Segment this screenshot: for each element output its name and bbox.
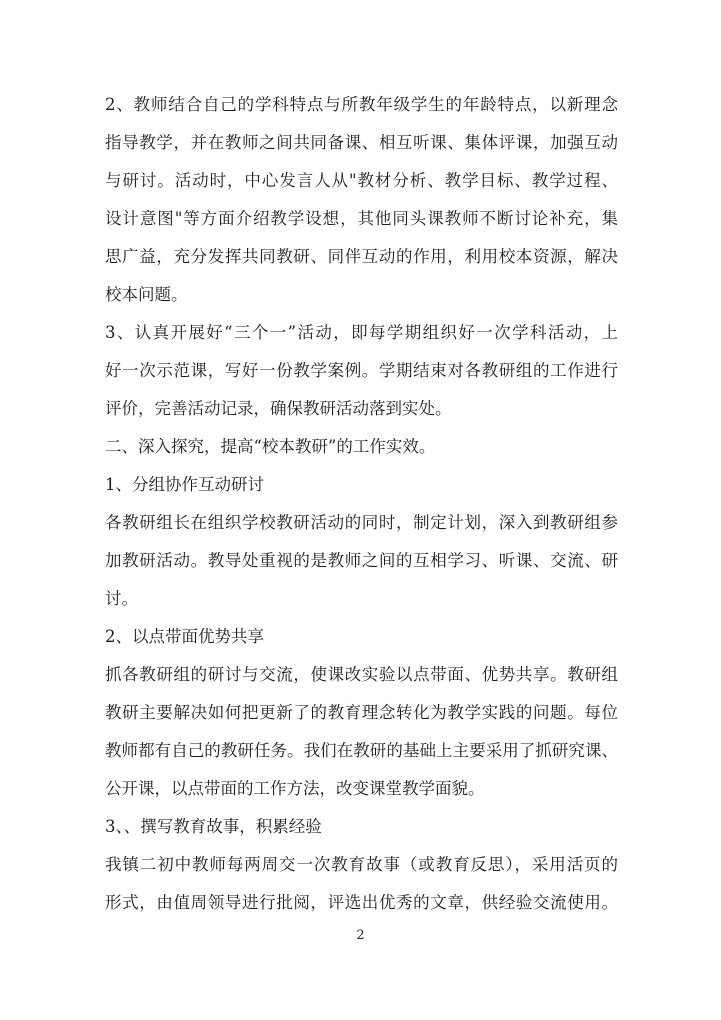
text-line: 2、教师结合自己的学科特点与所教年级学生的年龄特点，以新理念 [105, 86, 618, 124]
text-line: 2、以点带面优势共享 [105, 618, 618, 656]
text-line: 各教研组长在组织学校教研活动的同时，制定计划，深入到教研组参 [105, 504, 618, 542]
text-line: 教师都有自己的教研任务。我们在教研的基础上主要采用了抓研究课、 [105, 732, 618, 770]
text-line: 我镇二初中教师每两周交一次教育故事（或教育反思），采用活页的 [105, 846, 618, 884]
text-line: 教研主要解决如何把更新了的教育理念转化为教学实践的问题。每位 [105, 694, 618, 732]
text-line: 与研讨。活动时，中心发言人从"教材分析、教学目标、教学过程、 [105, 162, 618, 200]
text-line: 加教研活动。教导处重视的是教师之间的互相学习、听课、交流、研 [105, 542, 618, 580]
text-line: 公开课，以点带面的工作方法，改变课堂教学面貌。 [105, 770, 618, 808]
text-line: 校本问题。 [105, 276, 618, 314]
text-line: 抓各教研组的研讨与交流，使课改实验以点带面、优势共享。教研组 [105, 656, 618, 694]
text-line: 好一次示范课，写好一份教学案例。学期结束对各教研组的工作进行 [105, 352, 618, 390]
text-line: 二、深入探究，提高“校本教研”的工作实效。 [105, 428, 618, 466]
text-line: 评价，完善活动记录，确保教研活动落到实处。 [105, 390, 618, 428]
document-body: 2、教师结合自己的学科特点与所教年级学生的年龄特点，以新理念指导教学，并在教师之… [105, 86, 618, 922]
text-line: 思广益，充分发挥共同教研、同伴互动的作用，利用校本资源，解决 [105, 238, 618, 276]
document-page: 2、教师结合自己的学科特点与所教年级学生的年龄特点，以新理念指导教学，并在教师之… [0, 0, 721, 1020]
text-line: 讨。 [105, 580, 618, 618]
text-line: 3、、撰写教育故事，积累经验 [105, 808, 618, 846]
text-line: 形式，由值周领导进行批阅，评选出优秀的文章，供经验交流使用。 [105, 884, 618, 922]
text-line: 设计意图"等方面介绍教学设想，其他同头课教师不断讨论补充，集 [105, 200, 618, 238]
text-line: 3、认真开展好“三个一”活动，即每学期组织好一次学科活动，上 [105, 314, 618, 352]
text-line: 指导教学，并在教师之间共同备课、相互听课、集体评课，加强互动 [105, 124, 618, 162]
page-number: 2 [0, 926, 721, 946]
text-line: 1、分组协作互动研讨 [105, 466, 618, 504]
